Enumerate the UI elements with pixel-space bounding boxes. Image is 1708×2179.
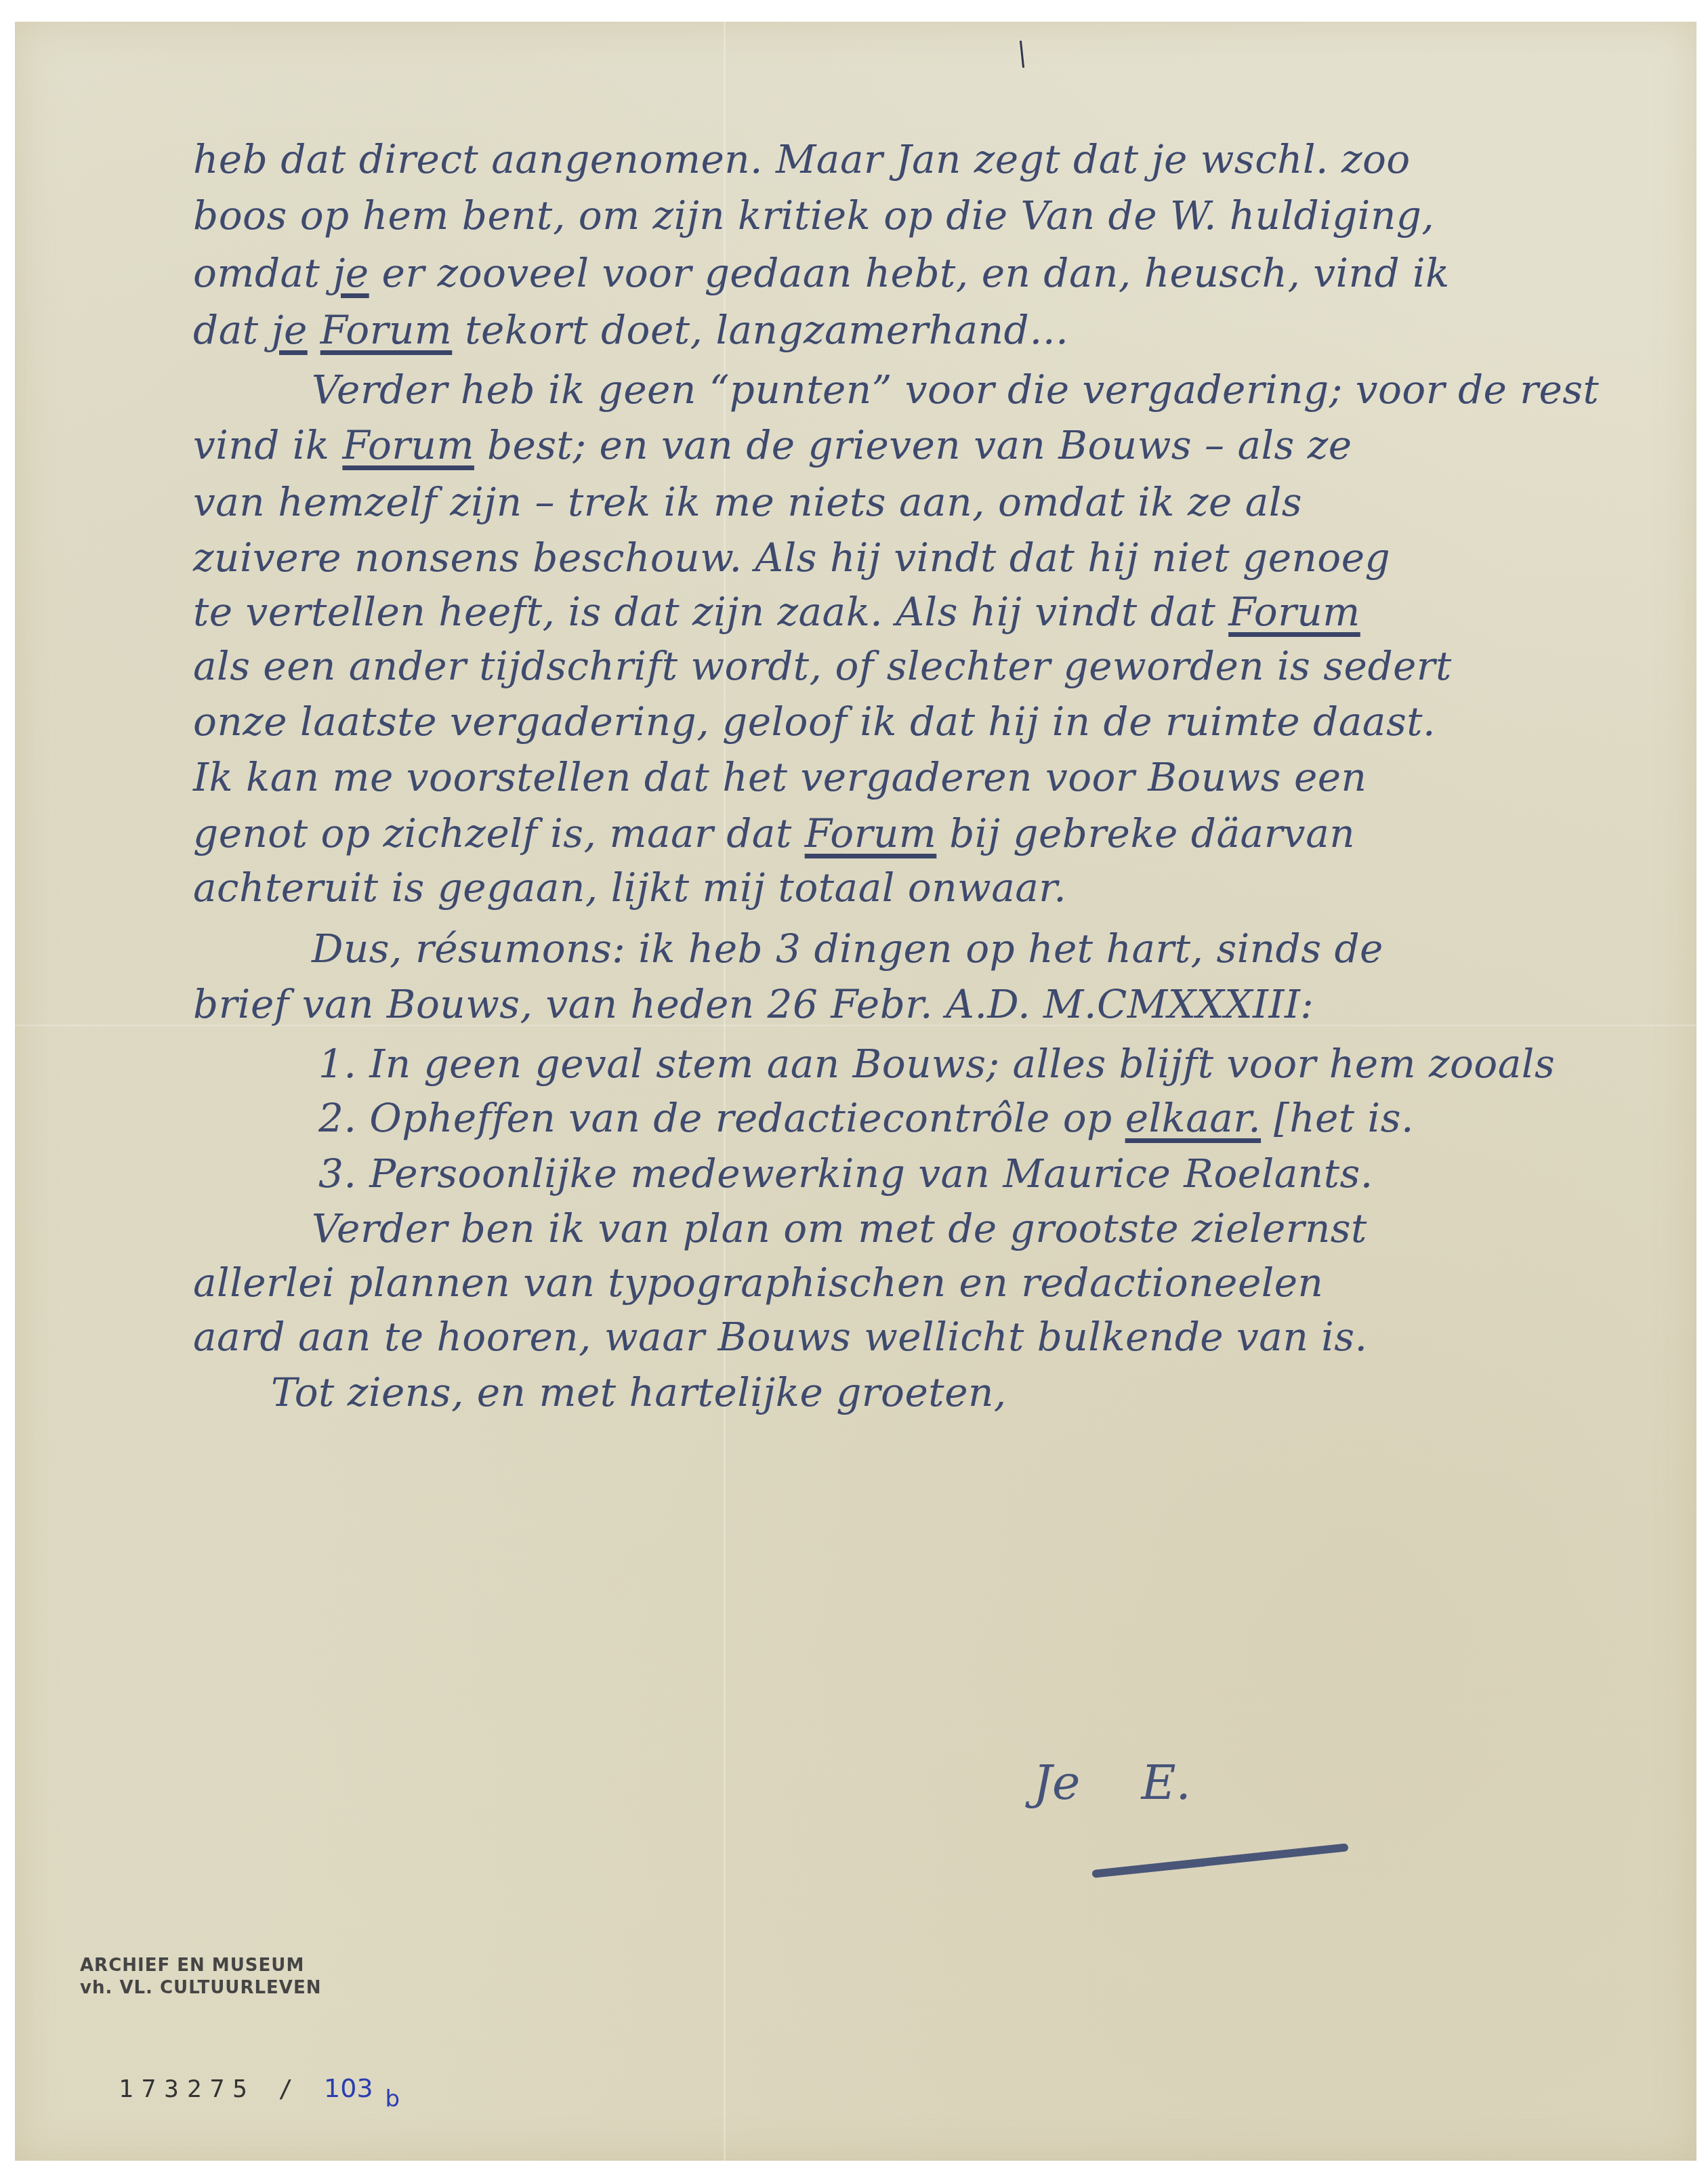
list-item-3: 3. Persoonlijke medewerking van Maurice … [318,1150,1373,1197]
inventory-number: 173275 / 103b [119,2073,400,2103]
text-segment: tekort doet, langzamerhand… [452,307,1068,353]
closing-line: Tot ziens, en met hartelijke groeten, [271,1369,1007,1416]
letter-line-8: zuivere nonsens beschouw. Als hij vindt … [193,534,1390,581]
inventory-handwritten: 103 [324,2073,373,2103]
text-segment: genot op zichzelf is, maar dat [193,810,805,856]
underlined-forum: Forum [320,307,453,353]
underlined-word: je [271,307,307,353]
inventory-stamped: 173275 / [119,2075,301,2103]
letter-line-11: onze laatste vergadering, geloof ik dat … [193,698,1436,745]
text-segment: er zooveel voor gedaan hebt, en dan, heu… [369,250,1450,296]
signature-closing: Je [1033,1755,1081,1810]
letter-line-10: als een ander tijdschrift wordt, of slec… [193,642,1452,690]
list-item-1: 1. In geen geval stem aan Bouws; alles b… [318,1040,1555,1087]
letter-line-20: Verder ben ik van plan om met de grootst… [312,1205,1367,1252]
letter-line-2: boos op hem bent, om zijn kritiek op die… [193,192,1434,239]
letter-line-21: allerlei plannen van typographischen en … [193,1259,1323,1306]
letter-line-4: dat je Forum tekort doet, langzamerhand… [193,306,1069,354]
archive-stamp: ARCHIEF EN MUSEUM vh. VL. CULTUURLEVEN [80,1955,321,1999]
text-segment [308,307,320,353]
letter-line-6: vind ik Forum best; en van de grieven va… [193,421,1352,469]
text-segment: bij gebreke däarvan [936,810,1355,856]
letter-line-3: omdat je er zooveel voor gedaan hebt, en… [193,249,1450,297]
underlined-forum: Forum [1228,589,1360,635]
letter-line-15: Dus, résumons: ik heb 3 dingen op het ha… [312,925,1383,972]
text-segment: omdat [193,250,333,296]
letter-line-5: Verder heb ik geen “punten” voor die ver… [312,366,1599,413]
stamp-line-2: vh. VL. CULTUURLEVEN [80,1977,321,1999]
letter-line-9: te vertellen heeft, is dat zijn zaak. Al… [193,588,1360,636]
letter-line-22: aard aan te hooren, waar Bouws wellicht … [193,1313,1367,1361]
text-segment: te vertellen heeft, is dat zijn zaak. Al… [193,589,1228,635]
underlined-forum: Forum [342,422,474,468]
stamp-line-1: ARCHIEF EN MUSEUM [80,1955,321,1977]
underlined-word: je [333,250,369,296]
underlined-word: elkaar. [1125,1095,1261,1141]
signature-initial: E. [1142,1755,1191,1810]
text-segment: 2. Opheffen van de redactiecontrôle op [318,1095,1125,1141]
letter-line-16: brief van Bouws, van heden 26 Febr. A.D.… [193,980,1314,1028]
signature: JeE. [1033,1755,1191,1810]
text-segment: vind ik [193,422,342,468]
letter-line-14: achteruit is gegaan, lijkt mij totaal on… [193,864,1066,911]
letter-line-13: genot op zichzelf is, maar dat Forum bij… [193,810,1355,857]
letter-line-1: heb dat direct aangenomen. Maar Jan zegt… [193,136,1411,183]
letter-line-12: Ik kan me voorstellen dat het vergaderen… [193,753,1367,801]
text-segment: dat [193,307,271,353]
letter-line-7: van hemzelf zijn – trek ik me niets aan,… [193,478,1302,526]
text-segment: [het is. [1261,1095,1414,1141]
underlined-forum: Forum [805,810,937,856]
list-item-2: 2. Opheffen van de redactiecontrôle op e… [318,1094,1414,1142]
text-segment: best; en van de grieven van Bouws – als … [474,422,1352,468]
inventory-suffix: b [386,2085,400,2113]
